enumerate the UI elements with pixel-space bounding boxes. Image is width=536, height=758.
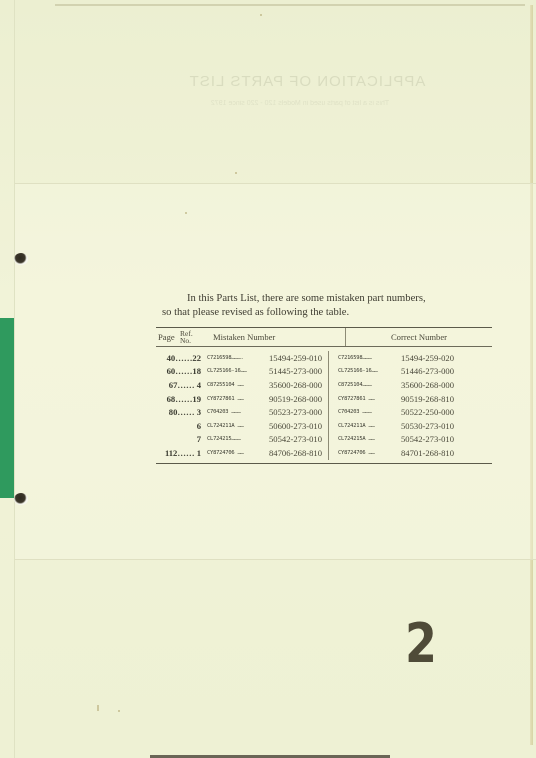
page-ref: 80…… 3 — [156, 407, 201, 417]
table-header: Page Ref. No. Mistaken Number Correct Nu… — [156, 328, 492, 346]
header-ref: Ref. No. — [180, 330, 198, 344]
mistaken-code: CY8727861 …… — [201, 396, 269, 402]
page-ref: 60……18 — [156, 366, 201, 376]
paper-speck — [235, 172, 237, 174]
correct-code: CL724211A …… — [335, 423, 401, 429]
correct-number: 50542-273-010 — [401, 434, 454, 444]
page-ref: 112…… 1 — [156, 448, 201, 458]
green-index-tab — [0, 318, 14, 498]
table-row: 68……19CY8727861 ……90519-268-000 — [156, 392, 328, 406]
page-ref: 68……19 — [156, 394, 201, 404]
correct-code: CY8727861 …… — [335, 396, 401, 402]
paper-speck — [260, 14, 262, 16]
mistaken-code: CL725166-16…… — [201, 368, 269, 374]
mistaken-number: 51445-273-000 — [269, 366, 322, 376]
paper-speck — [185, 212, 187, 214]
mistaken-number: 15494-259-010 — [269, 353, 322, 363]
correct-number: 50522-250-000 — [401, 407, 454, 417]
punch-hole-top — [14, 253, 28, 265]
correct-code: CL725166-16…… — [335, 368, 401, 374]
header-correct-number: Correct Number — [345, 328, 492, 346]
intro-line-1: In this Parts List, there are some mista… — [162, 292, 492, 306]
mistaken-code: C87255104 …… — [201, 382, 269, 388]
page-ref: 6 — [156, 421, 201, 431]
mistaken-number: 35600-268-000 — [269, 380, 322, 390]
punch-hole-bottom — [14, 493, 28, 505]
page-number: 2 — [405, 617, 437, 671]
page-ref: 7 — [156, 434, 201, 444]
table-row: CL725166-16……51446-273-000 — [335, 365, 492, 379]
mistaken-number: 50600-273-010 — [269, 421, 322, 431]
correct-code: CL724215A …… — [335, 436, 401, 442]
correct-number: 50530-273-010 — [401, 421, 454, 431]
correct-number: 35600-268-000 — [401, 380, 454, 390]
correct-number: 51446-273-000 — [401, 366, 454, 376]
scanned-page: APPLICATION OF PARTS LIST This is a list… — [0, 0, 536, 758]
table-row: C704203 ………50522-250-000 — [335, 405, 492, 419]
table-row: CL724215A ……50542-273-010 — [335, 433, 492, 447]
table-row: 6CL724211A ……50600-273-010 — [156, 419, 328, 433]
table-bottom-rule — [156, 463, 492, 464]
table-row: 40……22C7216598……….15494-259-010 — [156, 351, 328, 365]
table-row: CL724211A ……50530-273-010 — [335, 419, 492, 433]
mistaken-number: 50523-273-000 — [269, 407, 322, 417]
table-row: 80…… 3C704203 ………50523-273-000 — [156, 405, 328, 419]
table-row: 67…… 4C87255104 ……35600-268-000 — [156, 378, 328, 392]
header-page: Page — [156, 332, 180, 342]
correct-code: C704203 ……… — [335, 409, 401, 415]
mistaken-number: 84706-268-810 — [269, 448, 322, 458]
paper-speck — [97, 705, 99, 711]
header-mistaken-number: Mistaken Number — [198, 332, 345, 342]
mistaken-code: C704203 ……… — [201, 409, 269, 415]
paper-speck — [118, 710, 120, 712]
mistaken-code: C7216598………. — [201, 355, 269, 361]
correct-code: C8725104……… — [335, 382, 401, 388]
correct-number: 15494-259-020 — [401, 353, 454, 363]
mistaken-number: 50542-273-010 — [269, 434, 322, 444]
bleed-through-subtitle: This is a list of parts used in Models 1… — [150, 100, 450, 107]
table-row: CY8727861 ……90519-268-810 — [335, 392, 492, 406]
correct-number: 90519-268-810 — [401, 394, 454, 404]
mistaken-code: CL724215……… — [201, 436, 269, 442]
page-top-edge — [55, 4, 525, 6]
correct-number: 84701-268-810 — [401, 448, 454, 458]
corrections-table: Page Ref. No. Mistaken Number Correct Nu… — [156, 327, 492, 464]
intro-line-2: so that please revised as following the … — [162, 307, 349, 318]
table-row: CY8724706 ……84701-268-810 — [335, 446, 492, 460]
table-row: 112…… 1CY8724706 ……84706-268-810 — [156, 446, 328, 460]
page-ref: 67…… 4 — [156, 380, 201, 390]
page-ref: 40……22 — [156, 353, 201, 363]
bleed-through-title: APPLICATION OF PARTS LIST — [172, 73, 442, 90]
correct-code: CY8724706 …… — [335, 450, 401, 456]
mistaken-column: 40……22C7216598……….15494-259-01060……18CL7… — [156, 351, 328, 460]
intro-paragraph: In this Parts List, there are some mista… — [162, 292, 492, 320]
table-row: 60……18CL725166-16……51445-273-000 — [156, 365, 328, 379]
correct-code: C7216598……… — [335, 355, 401, 361]
mistaken-code: CY8724706 …… — [201, 450, 269, 456]
mistaken-code: CL724211A …… — [201, 423, 269, 429]
table-row: C7216598………15494-259-020 — [335, 351, 492, 365]
table-row: C8725104………35600-268-000 — [335, 378, 492, 392]
table-body: 40……22C7216598……….15494-259-01060……18CL7… — [156, 347, 492, 463]
table-row: 7CL724215………50542-273-010 — [156, 433, 328, 447]
mistaken-number: 90519-268-000 — [269, 394, 322, 404]
correct-column: C7216598………15494-259-020CL725166-16……514… — [328, 351, 492, 460]
